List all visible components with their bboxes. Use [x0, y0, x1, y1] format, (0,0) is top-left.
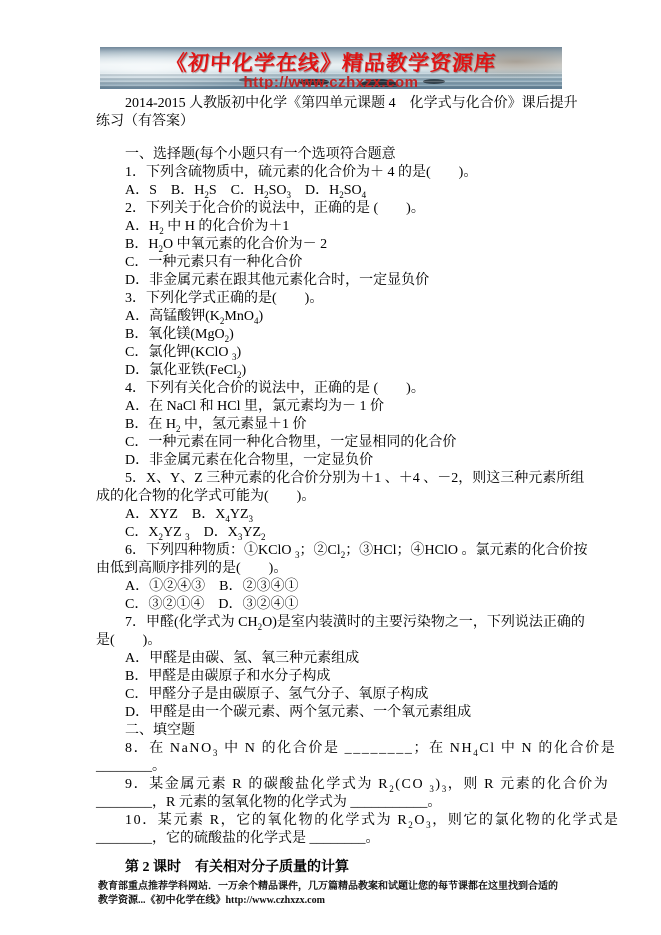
doc-line: 1．下列含硫物质中，硫元素的化合价为＋ 4 的是( )。 — [96, 164, 574, 182]
doc-text-run: 6．下列四种物质：①KClO — [125, 543, 295, 558]
footer-promo-text-line2: 教学资源...《初中化学在线》http://www.czhxzx.com — [98, 894, 563, 908]
doc-text-run: C．X — [125, 525, 158, 540]
doc-text-run: SO — [344, 183, 362, 198]
doc-text-run: 10．某元素 R，它的氧化物的化学式为 R — [125, 813, 408, 828]
doc-line: 6．下列四种物质：①KClO 3；②Cl2；③HCl；④HClO 。氯元素的化合… — [96, 542, 574, 560]
doc-text-run: 中 N 的化合价是 ________；在 NH — [219, 741, 473, 756]
doc-text-run: (CO — [395, 777, 429, 792]
chem-subscript: 2 — [261, 532, 266, 542]
doc-text-run: 练习（有答案） — [96, 114, 194, 129]
doc-line: A．甲醛是由碳、氢、氧三种元素组成 — [96, 650, 574, 668]
doc-text-run: 是( )。 — [96, 633, 161, 648]
doc-text-run: C．一种元素在同一种化合物里，一定显相同的化合价 — [125, 435, 456, 450]
doc-text-run: Cl 中 N 的化合价是 — [479, 741, 616, 756]
doc-line: B．H2O 中氧元素的化合价为－ 2 — [96, 236, 574, 254]
doc-line: C．一种元素只有一种化合价 — [96, 254, 574, 272]
doc-text-run: A．在 NaCl 和 HCl 里，氯元素均为－ 1 价 — [125, 399, 384, 414]
doc-text-run: A．①②④③ B．②③④① — [125, 579, 298, 594]
doc-line: C．甲醛分子是由碳原子、氢气分子、氧原子构成 — [96, 686, 574, 704]
doc-text-run: ；③HCl；④HClO 。氯元素的化合价按 — [345, 543, 587, 558]
doc-text-run: 一、选择题(每个小题只有一个选项符合题意 — [125, 147, 396, 162]
doc-text-run: SO — [269, 183, 287, 198]
doc-line: C．一种元素在同一种化合物里，一定显相同的化合价 — [96, 434, 574, 452]
doc-text-run: 1．下列含硫物质中，硫元素的化合价为＋ 4 的是( )。 — [125, 165, 477, 180]
doc-text-run: A．甲醛是由碳、氢、氧三种元素组成 — [125, 651, 359, 666]
doc-line: 成的化合物的化学式可能为( )。 — [96, 488, 574, 506]
doc-text-run: D．甲醛是由一个碳元素、两个氢元素、一个氧元素组成 — [125, 705, 471, 720]
banner-site-title: 《初中化学在线》精品教学资源库 — [100, 47, 562, 77]
doc-text-run: MnO — [224, 309, 254, 324]
chem-subscript: 4 — [362, 190, 367, 200]
doc-line: A．XYZ B．X4YZ3 — [96, 506, 574, 524]
doc-line: D．非金属元素在化合物里，一定显负价 — [96, 452, 574, 470]
doc-line: A．①②④③ B．②③④① — [96, 578, 574, 596]
doc-text-run: O 中氧元素的化合价为－ 2 — [163, 237, 327, 252]
doc-line: ________，它的硫酸盐的化学式是 ________。 — [96, 830, 574, 848]
doc-text-run: 4．下列有关化合价的说法中，正确的是 ( )。 — [125, 381, 425, 396]
doc-line: 练习（有答案） — [96, 113, 574, 131]
document-page: 《初中化学在线》精品教学资源库 http://www.czhxzx.com 20… — [0, 0, 661, 935]
doc-line: A．在 NaCl 和 HCl 里，氯元素均为－ 1 价 — [96, 398, 574, 416]
doc-line: 8．在 NaNO3 中 N 的化合价是 ________；在 NH4Cl 中 N… — [96, 740, 574, 758]
doc-text-run: ) — [242, 363, 247, 378]
doc-line: ________。 — [96, 758, 574, 776]
doc-line: C．③②①④ D．③②④① — [96, 596, 574, 614]
doc-text-run: 中 H 的化合价为＋1 — [164, 219, 290, 234]
doc-line: A．S B．H2S C．H2SO3 D．H2SO4 — [96, 182, 574, 200]
doc-text-run: B．H — [125, 237, 158, 252]
doc-text-run: ) — [236, 345, 241, 360]
doc-line: 二、填空题 — [96, 722, 574, 740]
doc-text-run: 2014-2015 人教版初中化学《第四单元课题 4 化学式与化合价》课后提升 — [125, 96, 578, 111]
doc-line: 3．下列化学式正确的是( )。 — [96, 290, 574, 308]
doc-text-run: ；②Cl — [299, 543, 340, 558]
doc-line: ________，R 元素的氢氧化物的化学式为 ___________。 — [96, 794, 574, 812]
doc-text-run: D．非金属元素在跟其他元素化合时，一定显负价 — [125, 273, 429, 288]
doc-text-run: ) — [229, 327, 234, 342]
document-lines: 2014-2015 人教版初中化学《第四单元课题 4 化学式与化合价》课后提升练… — [96, 95, 574, 877]
doc-text-run: C．甲醛分子是由碳原子、氢气分子、氧原子构成 — [125, 687, 428, 702]
footer-promo-text-line1: 教育部重点推荐学科网站．一万余个精品课件，几万篇精品教案和试题让您的每节课都在这… — [98, 880, 563, 894]
doc-text-run: S C．H — [209, 183, 264, 198]
doc-blank-line — [96, 131, 574, 146]
doc-text-run: B．氧化镁(MgO — [125, 327, 225, 342]
doc-line: 是( )。 — [96, 632, 574, 650]
doc-line: 由低到高顺序排列的是( )。 — [96, 560, 574, 578]
doc-text-run: D．H — [291, 183, 339, 198]
doc-text-run: ) — [258, 309, 263, 324]
doc-line: D．甲醛是由一个碳元素、两个氢元素、一个氧元素组成 — [96, 704, 574, 722]
doc-line: C．氯化钾(KClO 3) — [96, 344, 574, 362]
doc-line: D．氯化亚铁(FeCl2) — [96, 362, 574, 380]
doc-text-run: 二、填空题 — [125, 723, 195, 738]
doc-text-run: 7．甲醛(化学式为 CH — [125, 615, 258, 630]
doc-line: B．甲醛是由碳原子和水分子构成 — [96, 668, 574, 686]
doc-text-run: O — [414, 813, 426, 828]
doc-line: C．X2YZ 3 D．X3YZ2 — [96, 524, 574, 542]
doc-line: 5．X、Y、Z 三种元素的化合价分别为＋1 、＋4 、－2，则这三种元素所组 — [96, 470, 574, 488]
doc-text-run: B．在 H — [125, 417, 176, 432]
doc-text-run: C．一种元素只有一种化合价 — [125, 255, 302, 270]
doc-line: B．在 H2 中，氢元素显＋1 价 — [96, 416, 574, 434]
doc-text-run: 中，氢元素显＋1 价 — [180, 417, 306, 432]
doc-text-run: 3．下列化学式正确的是( )。 — [125, 291, 323, 306]
doc-line: A．高锰酸钾(K2MnO4) — [96, 308, 574, 326]
banner-site-url[interactable]: http://www.czhxzx.com — [100, 74, 562, 89]
doc-text-run: 第 2 课时 有关相对分子质量的计算 — [125, 860, 349, 875]
doc-text-run: 由低到高顺序排列的是( )。 — [96, 561, 287, 576]
doc-line: 9．某金属元素 R 的碳酸盐化学式为 R2(CO 3)3，则 R 元素的化合价为 — [96, 776, 574, 794]
doc-text-run: D．非金属元素在化合物里，一定显负价 — [125, 453, 373, 468]
doc-text-run: ________，它的硫酸盐的化学式是 ________。 — [96, 831, 380, 846]
doc-line: 7．甲醛(化学式为 CH2O)是室内装潢时的主要污染物之一，下列说法正确的 — [96, 614, 574, 632]
doc-text-run: ________。 — [96, 759, 166, 774]
doc-line: 一、选择题(每个小题只有一个选项符合题意 — [96, 146, 574, 164]
chem-subscript: 3 — [249, 514, 254, 524]
doc-text-run: A．H — [125, 219, 159, 234]
doc-line: 4．下列有关化合价的说法中，正确的是 ( )。 — [96, 380, 574, 398]
doc-text-run: A．高锰酸钾(K — [125, 309, 220, 324]
doc-text-run: ，则它的氯化物的化学式是 — [432, 813, 619, 828]
doc-text-run: A．S B．H — [125, 183, 204, 198]
doc-line: 2．下列关于化合价的说法中，正确的是 ( )。 — [96, 200, 574, 218]
doc-text-run: D．氯化亚铁(FeCl — [125, 363, 237, 378]
doc-text-run: YZ — [230, 507, 249, 522]
site-banner: 《初中化学在线》精品教学资源库 http://www.czhxzx.com — [100, 47, 562, 89]
doc-line: B．氧化镁(MgO2) — [96, 326, 574, 344]
doc-text-run: C．氯化钾(KClO — [125, 345, 232, 360]
doc-line: D．非金属元素在跟其他元素化合时，一定显负价 — [96, 272, 574, 290]
doc-text-run: 2．下列关于化合价的说法中，正确的是 ( )。 — [125, 201, 425, 216]
doc-line: 10．某元素 R，它的氧化物的化学式为 R2O3，则它的氯化物的化学式是 — [96, 812, 574, 830]
doc-text-run: 成的化合物的化学式可能为( )。 — [96, 489, 315, 504]
doc-text-run: O)是室内装潢时的主要污染物之一，下列说法正确的 — [262, 615, 585, 630]
doc-text-run: 8．在 NaNO — [125, 741, 213, 756]
page-footer: 教育部重点推荐学科网站．一万余个精品课件，几万篇精品教案和试题让您的每节课都在这… — [98, 880, 563, 907]
doc-text-run: B．甲醛是由碳原子和水分子构成 — [125, 669, 330, 684]
doc-line: A．H2 中 H 的化合价为＋1 — [96, 218, 574, 236]
doc-text-run: YZ — [242, 525, 261, 540]
doc-text-run: 5．X、Y、Z 三种元素的化合价分别为＋1 、＋4 、－2，则这三种元素所组 — [125, 471, 584, 486]
doc-line: 第 2 课时 有关相对分子质量的计算 — [96, 859, 574, 877]
doc-text-run: 9．某金属元素 R 的碳酸盐化学式为 R — [125, 777, 389, 792]
doc-text-run: ________，R 元素的氢氧化物的化学式为 ___________。 — [96, 795, 441, 810]
doc-text-run: C．③②①④ D．③②④① — [125, 597, 298, 612]
doc-text-run: D．X — [190, 525, 238, 540]
doc-line: 2014-2015 人教版初中化学《第四单元课题 4 化学式与化合价》课后提升 — [96, 95, 574, 113]
doc-text-run: A．XYZ B．X — [125, 507, 225, 522]
doc-text-run: YZ — [163, 525, 185, 540]
doc-text-run: ，则 R 元素的化合价为 — [448, 777, 610, 792]
